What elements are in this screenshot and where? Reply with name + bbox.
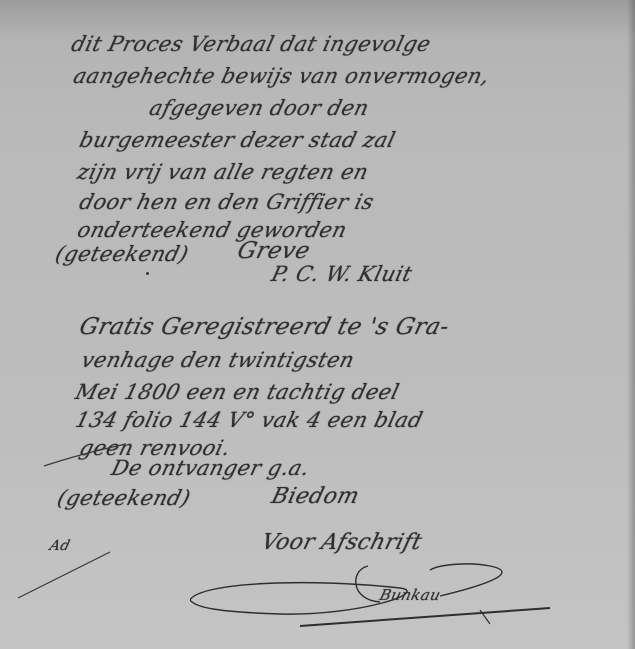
- signature-greve: Greve: [235, 238, 313, 264]
- signed-label: (geteekend): [53, 242, 191, 266]
- ink-dot: [146, 272, 149, 275]
- document-page: dit Proces Verbaal dat ingevolge aangehe…: [0, 0, 635, 649]
- receiver-line: De ontvanger g.a.: [109, 456, 312, 480]
- signature-biedom: Biedom: [269, 484, 362, 509]
- closing-label: Voor Afschrift: [259, 530, 425, 555]
- page-edge-shadow: [627, 0, 635, 649]
- text-line: Gratis Geregistreerd te 's Gra-: [77, 314, 452, 340]
- text-line: afgegeven door den: [147, 96, 372, 120]
- text-line: dit Proces Verbaal dat ingevolge: [69, 32, 433, 56]
- text-line: door hen en den Griffier is: [77, 190, 377, 214]
- signature-kluit: P. C. W. Kluit: [269, 262, 415, 286]
- text-line: venhage den twintigsten: [79, 348, 357, 372]
- margin-stroke: [14, 548, 114, 604]
- text-line: Mei 1800 een en tachtig deel: [73, 380, 402, 404]
- receiver-signed-label: (geteekend): [55, 486, 193, 510]
- signature-flourish: [190, 560, 570, 640]
- text-line: burgemeester dezer stad zal: [77, 128, 398, 152]
- text-line: aangehechte bewijs van onvermogen,: [71, 64, 492, 88]
- text-line: zijn vrij van alle regten en: [75, 160, 371, 184]
- text-line: 134 folio 144 V° vak 4 een blad: [73, 408, 425, 432]
